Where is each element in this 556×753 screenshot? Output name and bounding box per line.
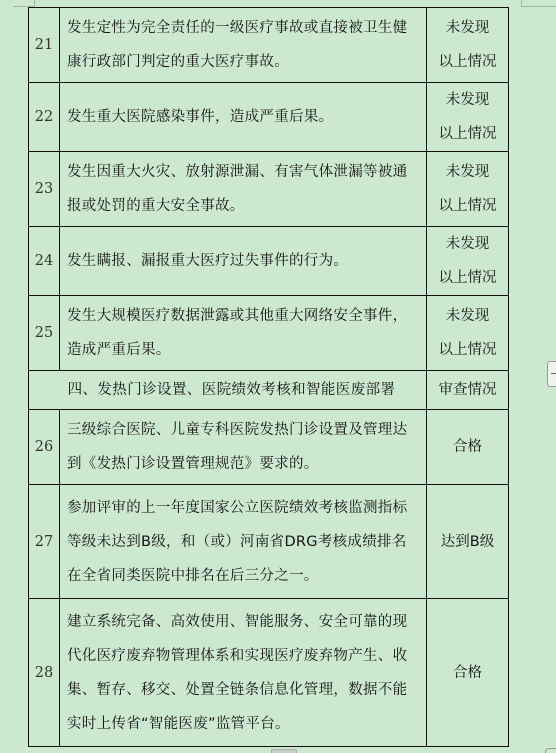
- item-number: 23: [29, 152, 60, 227]
- review-status-text: 合格: [427, 430, 508, 464]
- item-description: 发生因重大火灾、放射源泄漏、有害气体泄漏等被通报或处罚的重大安全事故。: [60, 152, 427, 227]
- review-status-text: 未发现: [427, 299, 508, 333]
- table-row: 22发生重大医院感染事件，造成严重后果。未发现以上情况: [29, 83, 509, 152]
- scroll-handle[interactable]: [271, 749, 297, 753]
- review-status-text: 未发现: [427, 83, 508, 117]
- review-status-text: 审查情况: [427, 373, 508, 407]
- review-status-text: 以上情况: [427, 261, 508, 295]
- review-status-cell: 未发现以上情况: [427, 83, 509, 152]
- review-status-text: 以上情况: [427, 333, 508, 367]
- item-description: 发生重大医院感染事件，造成严重后果。: [60, 83, 427, 152]
- table-row: 24发生瞒报、漏报重大医疗过失事件的行为。未发现以上情况: [29, 227, 509, 296]
- page-corner-mark: [521, 6, 556, 7]
- table-row: 23发生因重大火灾、放射源泄漏、有害气体泄漏等被通报或处罚的重大安全事故。未发现…: [29, 152, 509, 227]
- item-description: 三级综合医院、儿童专科医院发热门诊设置及管理达到《发热门诊设置管理规范》要求的。: [60, 410, 427, 485]
- review-status-cell: 达到B级: [427, 485, 509, 599]
- review-status-cell: 合格: [427, 410, 509, 485]
- table-row: 27参加评审的上一年度国家公立医院绩效考核监测指标等级未达到B级，和（或）河南省…: [29, 485, 509, 599]
- review-status-text: 未发现: [427, 227, 508, 261]
- review-status-text: 以上情况: [427, 117, 508, 151]
- review-status-text: 以上情况: [427, 189, 508, 223]
- section-header-row: 四、发热门诊设置、医院绩效考核和智能医废部署审查情况: [29, 371, 509, 410]
- review-status-cell: 未发现以上情况: [427, 152, 509, 227]
- table-row: 25发生大规模医疗数据泄露或其他重大网络安全事件，造成严重后果。未发现以上情况: [29, 296, 509, 371]
- collapse-side-button[interactable]: [547, 361, 556, 387]
- review-status-text: 未发现: [427, 155, 508, 189]
- page-corner-mark: [34, 0, 35, 7]
- review-status-text: 未发现: [427, 11, 508, 45]
- item-number: 21: [29, 8, 60, 83]
- review-status-text: 达到B级: [427, 525, 508, 559]
- section-title: 四、发热门诊设置、医院绩效考核和智能医废部署: [29, 371, 427, 410]
- corner-resize-handle[interactable]: [545, 748, 556, 753]
- review-status-cell: 合格: [427, 599, 509, 747]
- review-status-text: 合格: [427, 656, 508, 690]
- review-status-cell: 审查情况: [427, 371, 509, 410]
- item-description: 参加评审的上一年度国家公立医院绩效考核监测指标等级未达到B级，和（或）河南省DR…: [60, 485, 427, 599]
- table-body: 21发生定性为完全责任的一级医疗事故或直接被卫生健康行政部门判定的重大医疗事故。…: [29, 8, 509, 747]
- table-row: 28建立系统完备、高效使用、智能服务、安全可靠的现代化医疗废弃物管理体系和实现医…: [29, 599, 509, 747]
- item-number: 27: [29, 485, 60, 599]
- review-status-cell: 未发现以上情况: [427, 8, 509, 83]
- item-number: 28: [29, 599, 60, 747]
- item-description: 发生大规模医疗数据泄露或其他重大网络安全事件，造成严重后果。: [60, 296, 427, 371]
- item-number: 25: [29, 296, 60, 371]
- item-description: 建立系统完备、高效使用、智能服务、安全可靠的现代化医疗废弃物管理体系和实现医疗废…: [60, 599, 427, 747]
- item-number: 24: [29, 227, 60, 296]
- item-description: 发生瞒报、漏报重大医疗过失事件的行为。: [60, 227, 427, 296]
- table-row: 21发生定性为完全责任的一级医疗事故或直接被卫生健康行政部门判定的重大医疗事故。…: [29, 8, 509, 83]
- review-status-text: 以上情况: [427, 45, 508, 79]
- review-criteria-table: 21发生定性为完全责任的一级医疗事故或直接被卫生健康行政部门判定的重大医疗事故。…: [28, 7, 509, 747]
- review-status-cell: 未发现以上情况: [427, 296, 509, 371]
- page-corner-mark: [521, 0, 522, 7]
- item-number: 22: [29, 83, 60, 152]
- table-row: 26三级综合医院、儿童专科医院发热门诊设置及管理达到《发热门诊设置管理规范》要求…: [29, 410, 509, 485]
- item-description: 发生定性为完全责任的一级医疗事故或直接被卫生健康行政部门判定的重大医疗事故。: [60, 8, 427, 83]
- item-number: 26: [29, 410, 60, 485]
- review-status-cell: 未发现以上情况: [427, 227, 509, 296]
